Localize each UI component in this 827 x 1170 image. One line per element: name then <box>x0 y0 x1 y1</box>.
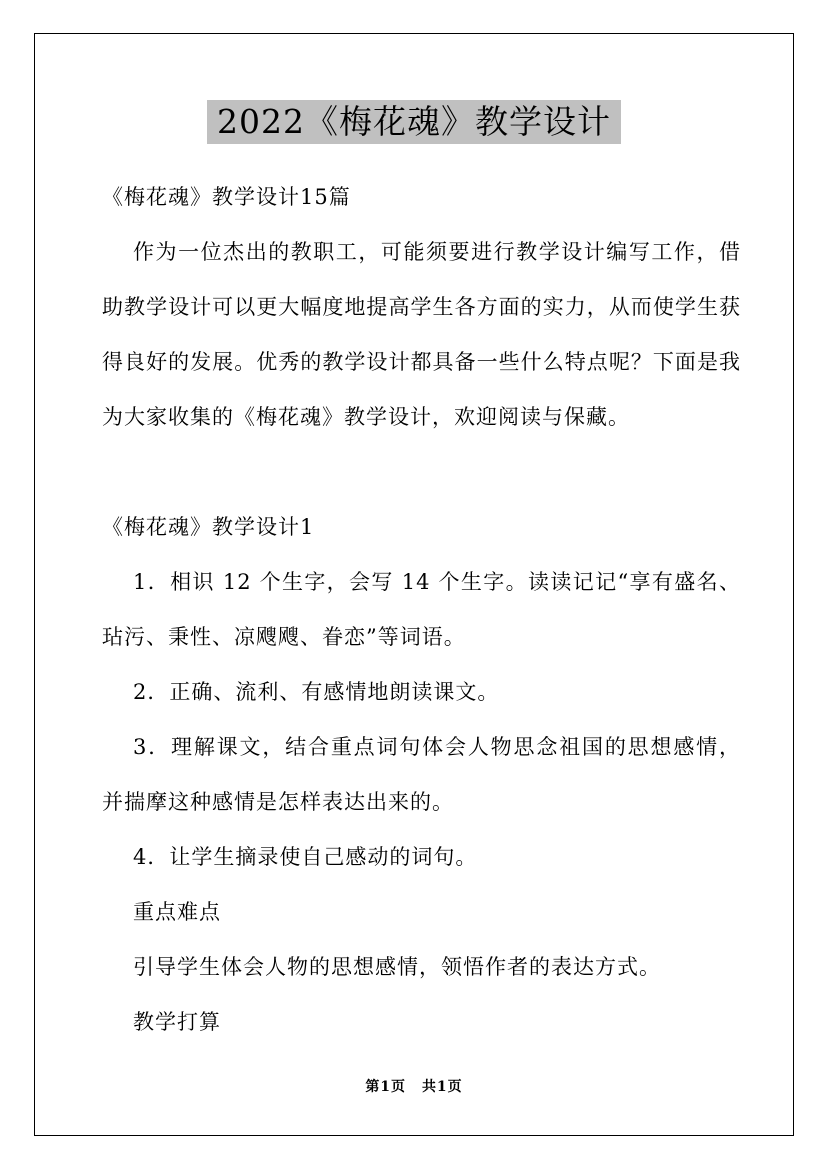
paragraph: 3．理解课文，结合重点词句体会人物思念祖国的思想感情，并揣摩这种感情是怎样表达出… <box>102 720 741 830</box>
page-footer: 第1页 共1页 <box>35 1079 793 1095</box>
paragraph: 《梅花魂》教学设计15篇 <box>102 170 741 225</box>
paragraph: 重点难点 <box>102 885 741 940</box>
paragraph: 2．正确、流利、有感情地朗读课文。 <box>102 665 741 720</box>
paragraph: 1．相识 12 个生字，会写 14 个生字。读读记记“享有盛名、玷污、秉性、凉飕… <box>102 555 741 665</box>
document-canvas: 2022《梅花魂》教学设计 《梅花魂》教学设计15篇作为一位杰出的教职工，可能须… <box>0 0 827 1170</box>
paragraph: 作为一位杰出的教职工，可能须要进行教学设计编写工作，借助教学设计可以更大幅度地提… <box>102 225 741 445</box>
paragraph: 《梅花魂》教学设计1 <box>102 500 741 555</box>
blank-line <box>102 445 741 500</box>
paragraph: 4．让学生摘录使自己感动的词句。 <box>102 830 741 885</box>
paragraph: 引导学生体会人物的思想感情，领悟作者的表达方式。 <box>102 940 741 995</box>
document-page: 2022《梅花魂》教学设计 《梅花魂》教学设计15篇作为一位杰出的教职工，可能须… <box>34 33 794 1136</box>
footer-page-number: 第1页 <box>365 1079 406 1095</box>
footer-total-pages: 共1页 <box>422 1079 463 1095</box>
paragraph: 教学打算 <box>102 995 741 1050</box>
document-body: 《梅花魂》教学设计15篇作为一位杰出的教职工，可能须要进行教学设计编写工作，借助… <box>102 170 741 1050</box>
title-row: 2022《梅花魂》教学设计 <box>35 100 793 144</box>
page-title: 2022《梅花魂》教学设计 <box>207 100 621 144</box>
